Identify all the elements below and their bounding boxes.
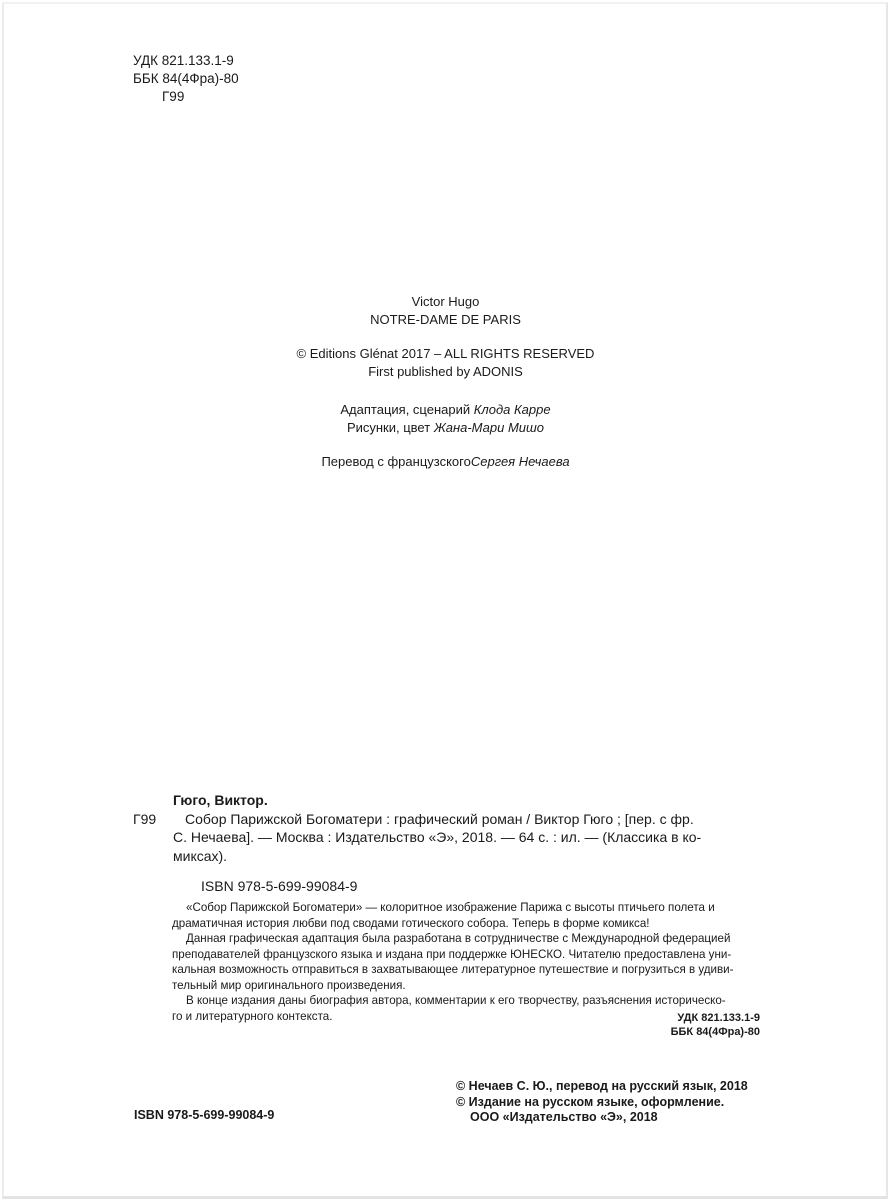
art-label: Рисунки, цвет	[347, 420, 430, 435]
original-copyright-block: © Editions Glénat 2017 – ALL RIGHTS RESE…	[0, 345, 891, 381]
art-name: Жана-Мари Мишо	[434, 420, 544, 435]
annotation-line: Данная графическая адаптация была разраб…	[172, 931, 762, 947]
credit-translation: Перевод с французскогоСергея Нечаева	[0, 453, 891, 471]
original-author: Victor Hugo	[0, 293, 891, 311]
bib-line: Собор Парижской Богоматери : графический…	[133, 810, 763, 829]
first-published: First published by ADONIS	[0, 363, 891, 381]
annotation-line: «Собор Парижской Богоматери» — колоритно…	[172, 900, 762, 916]
annotation-line: тельный мир оригинального произведения.	[172, 978, 762, 994]
bib-line: С. Нечаева]. — Москва : Издательство «Э»…	[133, 828, 763, 847]
adaptation-label: Адаптация, сценарий	[340, 402, 470, 417]
author-heading: Гюго, Виктор.	[133, 791, 763, 810]
bib-isbn: ISBN 978-5-699-99084-9	[201, 878, 357, 894]
bib-author-mark: Г99	[133, 810, 156, 829]
classification-codes-bottom: УДК 821.133.1-9 ББК 84(4Фра)-80	[671, 1012, 760, 1039]
annotation-line: В конце издания даны биография автора, к…	[172, 993, 762, 1009]
adaptation-name: Клода Карре	[474, 402, 551, 417]
original-copyright: © Editions Glénat 2017 – ALL RIGHTS RESE…	[0, 345, 891, 363]
bbk-code: ББК 84(4Фра)-80	[133, 70, 239, 88]
original-title: NOTRE-DAME DE PARIS	[0, 311, 891, 329]
annotation-line: кальная возможность отправиться в захват…	[172, 962, 762, 978]
original-author-title: Victor Hugo NOTRE-DAME DE PARIS	[0, 293, 891, 329]
bib-line: миксах).	[133, 847, 763, 866]
footer-isbn: ISBN 978-5-699-99084-9	[134, 1108, 274, 1122]
credit-art: Рисунки, цвет Жана-Мари Мишо	[0, 419, 891, 437]
udk-code-bottom: УДК 821.133.1-9	[671, 1012, 760, 1026]
translation-copyright: © Нечаев С. Ю., перевод на русский язык,…	[456, 1079, 748, 1095]
bbk-code-bottom: ББК 84(4Фра)-80	[671, 1026, 760, 1040]
author-mark: Г99	[133, 88, 239, 106]
annotation-line: драматичная история любви под сводами го…	[172, 916, 762, 932]
bib-entry: Г99 Собор Парижской Богоматери : графиче…	[133, 810, 763, 866]
credit-adaptation: Адаптация, сценарий Клода Карре	[0, 401, 891, 419]
udk-code: УДК 821.133.1-9	[133, 52, 239, 70]
edition-copyright: © Издание на русском языке, оформление.	[456, 1095, 748, 1111]
classification-codes-top: УДК 821.133.1-9 ББК 84(4Фра)-80 Г99	[133, 52, 239, 106]
copyright-notices: © Нечаев С. Ю., перевод на русский язык,…	[456, 1079, 748, 1126]
translation-name: Сергея Нечаева	[471, 454, 570, 469]
annotation: «Собор Парижской Богоматери» — колоритно…	[172, 900, 762, 1024]
bibliographic-record: Гюго, Виктор. Г99 Собор Парижской Богома…	[133, 791, 763, 865]
annotation-line: преподавателей французского языка и изда…	[172, 947, 762, 963]
credits-block: Адаптация, сценарий Клода Карре Рисунки,…	[0, 401, 891, 437]
publisher-copyright: ООО «Издательство «Э», 2018	[456, 1110, 748, 1126]
translation-label: Перевод с французского	[321, 454, 470, 469]
